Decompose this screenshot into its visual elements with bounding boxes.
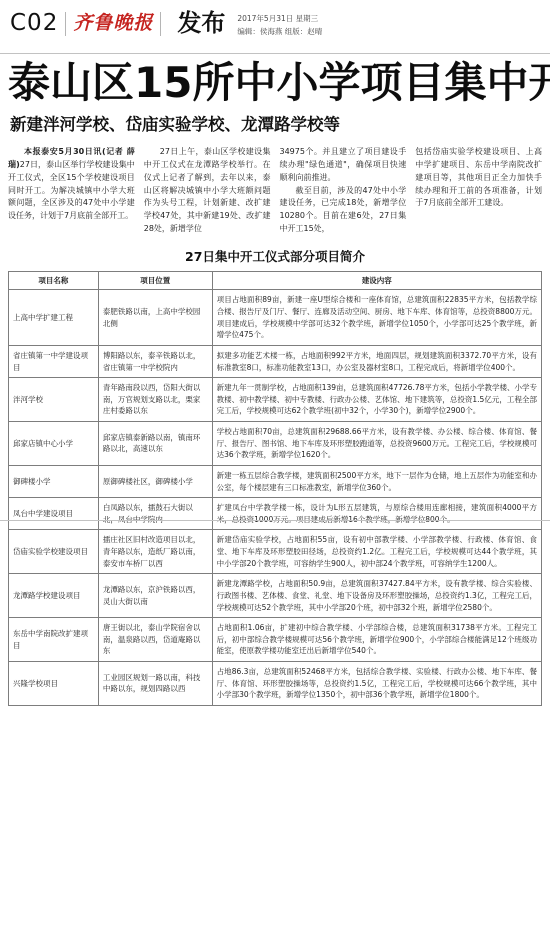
project-content-cell: 扩建凤台中学教学楼一栋，设计为L形五层建筑，与原综合楼用连廊相接，建筑面积400… bbox=[212, 498, 541, 530]
project-name-cell: 邱家店镇中心小学 bbox=[9, 422, 99, 466]
project-name-cell: 御碑楼小学 bbox=[9, 465, 99, 497]
project-content-cell: 拟建多功能艺术楼一栋，占地面积992平方米，地面四层，规划建筑面积3372.70… bbox=[212, 345, 541, 377]
divider-bar bbox=[160, 12, 161, 36]
table-title: 27日集中开工仪式部分项目简介 bbox=[0, 247, 550, 265]
table-header-row: 项目名称 项目位置 建设内容 bbox=[9, 271, 542, 290]
body-column-4: 包括岱庙实验学校建设项目、上高中学扩建项目、东岳中学南院改扩建项目等，其他项目正… bbox=[415, 146, 542, 236]
project-location-cell: 工业园区规划一路以南，科技中路以东，规划四路以西 bbox=[98, 662, 212, 706]
body-column-1: 本报泰安5月30日讯(记者 薛瑞)27日，泰山区举行学校建设集中开工仪式，全区1… bbox=[8, 146, 135, 236]
project-location-cell: 博阳路以东，泰辛铁路以北，省庄镇第一中学校院内 bbox=[98, 345, 212, 377]
header-rule bbox=[0, 53, 550, 54]
project-location-cell: 白凤路以东，擂鼓石大街以北，凤台中学院内 bbox=[98, 498, 212, 530]
table-row: 凤台中学建设项目白凤路以东，擂鼓石大街以北，凤台中学院内扩建凤台中学教学楼一栋，… bbox=[9, 498, 542, 530]
section-title: 发布 bbox=[177, 9, 225, 37]
paragraph: 本报泰安5月30日讯(记者 薛瑞)27日，泰山区举行学校建设集中开工仪式，全区1… bbox=[8, 146, 135, 223]
paragraph: 27日上午，泰山区学校建设集中开工仪式在龙潭路学校举行。在仪式上记者了解到，去年… bbox=[144, 146, 271, 236]
table-row: 省庄镇第一中学建设项目博阳路以东，泰辛铁路以北，省庄镇第一中学校院内拟建多功能艺… bbox=[9, 345, 542, 377]
project-name-cell: 东岳中学南院改扩建项目 bbox=[9, 618, 99, 662]
project-name-cell: 上高中学扩建工程 bbox=[9, 290, 99, 346]
project-name-cell: 兴隆学校项目 bbox=[9, 662, 99, 706]
table-row: 泮河学校青年路南段以西，岱阳大街以南，万官规划支路以北，栗家庄村委路以东新建九年… bbox=[9, 378, 542, 422]
project-name-cell: 泮河学校 bbox=[9, 378, 99, 422]
footer-rule bbox=[0, 520, 550, 521]
column-header-location: 项目位置 bbox=[98, 271, 212, 290]
table-row: 上高中学扩建工程泰肥铁路以南，上高中学校园北侧项目占地面积89亩，新建一座U型综… bbox=[9, 290, 542, 346]
project-name-cell: 省庄镇第一中学建设项目 bbox=[9, 345, 99, 377]
project-location-cell: 邱家店镇泰新路以南，镇南环路以北，高速以东 bbox=[98, 422, 212, 466]
project-content-cell: 占地86.3亩，总建筑面积52468平方米，包括综合教学楼、实验楼、行政办公楼、… bbox=[212, 662, 541, 706]
table-row: 兴隆学校项目工业园区规划一路以南，科技中路以东，规划四路以西占地86.3亩，总建… bbox=[9, 662, 542, 706]
issue-meta: 2017年5月31日 星期三 编辑：侯海燕 组版：赵晴 bbox=[237, 9, 322, 38]
paragraph: 包括岱庙实验学校建设项目、上高中学扩建项目、东岳中学南院改扩建项目等，其他项目正… bbox=[415, 146, 542, 210]
paragraph: 34975个。并且建立了项目建设手续办理"绿色通道"，确保项目快速顺利向前推进。 bbox=[280, 146, 407, 184]
project-content-cell: 新建岱庙实验学校，占地面积55亩，设有初中部教学楼、小学部教学楼、行政楼、体育馆… bbox=[212, 530, 541, 574]
project-content-cell: 学校占地面积70亩，总建筑面积29688.66平方米，设有教学楼、办公楼、综合楼… bbox=[212, 422, 541, 466]
table-row: 东岳中学南院改扩建项目唐王街以北，泰山学院宿舍以南，温泉路以西，岱道庵路以东占地… bbox=[9, 618, 542, 662]
project-name-cell: 凤台中学建设项目 bbox=[9, 498, 99, 530]
main-headline: 泰山区15所中小学项目集中开工 bbox=[8, 60, 542, 106]
project-content-cell: 项目占地面积89亩，新建一座U型综合楼和一座体育馆，总建筑面积22835平方米，… bbox=[212, 290, 541, 346]
newspaper-logo: 齐鲁晚报 bbox=[73, 9, 153, 37]
table-row: 岱庙实验学校建设项目擂庄社区旧村改造项目以北，青年路以东，造纸厂路以南，泰安市车… bbox=[9, 530, 542, 574]
table-body: 上高中学扩建工程泰肥铁路以南，上高中学校园北侧项目占地面积89亩，新建一座U型综… bbox=[9, 290, 542, 706]
project-content-cell: 新建一栋五层综合教学楼，建筑面积2500平方米，地下一层作为仓储，地上五层作为功… bbox=[212, 465, 541, 497]
project-name-cell: 龙潭路学校建设项目 bbox=[9, 574, 99, 618]
divider-bar bbox=[65, 12, 66, 36]
project-content-cell: 新建九年一贯制学校，占地面积139亩，总建筑面积47726.78平方米，包括小学… bbox=[212, 378, 541, 422]
project-content-cell: 新建龙潭路学校，占地面积50.9亩，总建筑面积37427.84平方米，设有教学楼… bbox=[212, 574, 541, 618]
staff-line: 编辑：侯海燕 组版：赵晴 bbox=[237, 25, 322, 38]
projects-table: 项目名称 项目位置 建设内容 上高中学扩建工程泰肥铁路以南，上高中学校园北侧项目… bbox=[8, 271, 542, 706]
paragraph: 截至目前，涉及的47处中小学建设任务，已完成18处，新增学位10280个。目前在… bbox=[280, 185, 407, 236]
page-number: C02 bbox=[10, 9, 58, 37]
date-line: 2017年5月31日 星期三 bbox=[237, 12, 322, 25]
project-location-cell: 唐王街以北，泰山学院宿舍以南，温泉路以西，岱道庵路以东 bbox=[98, 618, 212, 662]
project-location-cell: 原御碑楼社区，御碑楼小学 bbox=[98, 465, 212, 497]
column-header-name: 项目名称 bbox=[9, 271, 99, 290]
project-location-cell: 青年路南段以西，岱阳大街以南，万官规划支路以北，栗家庄村委路以东 bbox=[98, 378, 212, 422]
project-location-cell: 擂庄社区旧村改造项目以北，青年路以东，造纸厂路以南，泰安市车桥厂以西 bbox=[98, 530, 212, 574]
body-column-2: 27日上午，泰山区学校建设集中开工仪式在龙潭路学校举行。在仪式上记者了解到，去年… bbox=[144, 146, 271, 236]
table-row: 邱家店镇中心小学邱家店镇泰新路以南，镇南环路以北，高速以东学校占地面积70亩，总… bbox=[9, 422, 542, 466]
project-name-cell: 岱庙实验学校建设项目 bbox=[9, 530, 99, 574]
table-row: 龙潭路学校建设项目龙潭路以东，京沪铁路以西，灵山大街以南新建龙潭路学校，占地面积… bbox=[9, 574, 542, 618]
project-location-cell: 泰肥铁路以南，上高中学校园北侧 bbox=[98, 290, 212, 346]
page-header: C02 齐鲁晚报 发布 2017年5月31日 星期三 编辑：侯海燕 组版：赵晴 bbox=[0, 0, 550, 46]
project-location-cell: 龙潭路以东，京沪铁路以西，灵山大街以南 bbox=[98, 574, 212, 618]
table-row: 御碑楼小学原御碑楼社区，御碑楼小学新建一栋五层综合教学楼，建筑面积2500平方米… bbox=[9, 465, 542, 497]
paragraph-text: 27日，泰山区举行学校建设集中开工仪式，全区15个学校建设项目同时开工。为解决城… bbox=[8, 160, 135, 220]
body-column-3: 34975个。并且建立了项目建设手续办理"绿色通道"，确保项目快速顺利向前推进。… bbox=[280, 146, 407, 236]
column-header-content: 建设内容 bbox=[212, 271, 541, 290]
article-body: 本报泰安5月30日讯(记者 薛瑞)27日，泰山区举行学校建设集中开工仪式，全区1… bbox=[0, 146, 550, 236]
project-content-cell: 占地面积1.06亩，扩建初中综合教学楼、小学部综合楼，总建筑面积31738平方米… bbox=[212, 618, 541, 662]
sub-headline: 新建泮河学校、岱庙实验学校、龙潭路学校等 bbox=[10, 111, 550, 135]
